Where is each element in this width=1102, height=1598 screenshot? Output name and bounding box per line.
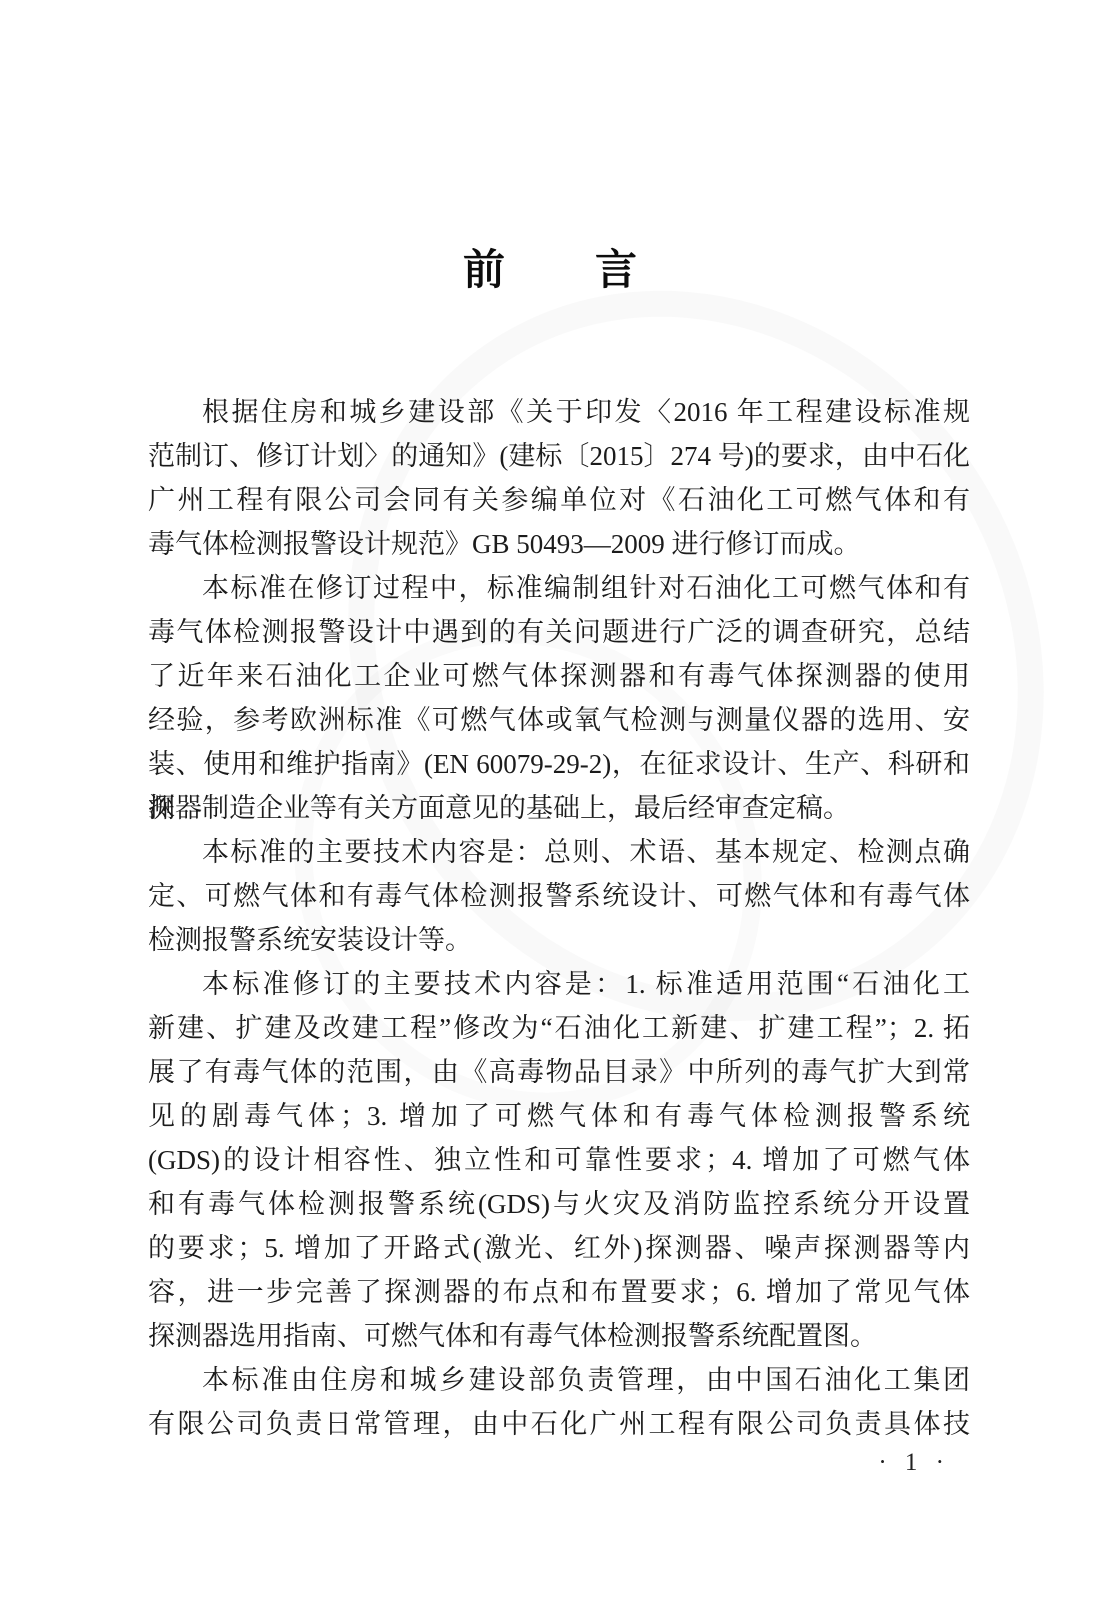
- text-line: 本标准修订的主要技术内容是：1. 标准适用范围“石油化工: [148, 962, 970, 1006]
- text-line: 有限公司负责日常管理，由中石化广州工程有限公司负责具体技: [148, 1402, 970, 1446]
- text-line: 本标准在修订过程中，标准编制组针对石油化工可燃气体和有: [148, 566, 970, 610]
- text-line: 的要求；5. 增加了开路式(激光、红外)探测器、噪声探测器等内: [148, 1226, 970, 1270]
- text-line: 毒气体检测报警设计规范》GB 50493—2009 进行修订而成。: [148, 522, 970, 566]
- text-line: 展了有毒气体的范围，由《高毒物品目录》中所列的毒气扩大到常: [148, 1050, 970, 1094]
- text-line: 新建、扩建及改建工程”修改为“石油化工新建、扩建工程”；2. 拓: [148, 1006, 970, 1050]
- text-line: 本标准由住房和城乡建设部负责管理，由中国石油化工集团: [148, 1358, 970, 1402]
- text-line: 定、可燃气体和有毒气体检测报警系统设计、可燃气体和有毒气体: [148, 874, 970, 918]
- text-line: 测器制造企业等有关方面意见的基础上，最后经审查定稿。: [148, 786, 970, 830]
- text-line: 经验，参考欧洲标准《可燃气体或氧气检测与测量仪器的选用、安: [148, 698, 970, 742]
- text-line: 探测器选用指南、可燃气体和有毒气体检测报警系统配置图。: [148, 1314, 970, 1358]
- text-line: 根据住房和城乡建设部《关于印发〈2016 年工程建设标准规: [148, 390, 970, 434]
- text-line: 容，进一步完善了探测器的布点和布置要求；6. 增加了常见气体: [148, 1270, 970, 1314]
- text-line: 范制订、修订计划〉的通知》(建标〔2015〕274 号)的要求，由中石化: [148, 434, 970, 478]
- text-line: 和有毒气体检测报警系统(GDS)与火灾及消防监控系统分开设置: [148, 1182, 970, 1226]
- text-line: 本标准的主要技术内容是：总则、术语、基本规定、检测点确: [148, 830, 970, 874]
- text-line: 毒气体检测报警设计中遇到的有关问题进行广泛的调查研究，总结: [148, 610, 970, 654]
- text-line: 广州工程有限公司会同有关参编单位对《石油化工可燃气体和有: [148, 478, 970, 522]
- body-text: 根据住房和城乡建设部《关于印发〈2016 年工程建设标准规范制订、修订计划〉的通…: [148, 390, 970, 1446]
- text-line: 检测报警系统安装设计等。: [148, 918, 970, 962]
- document-page: 前 言 根据住房和城乡建设部《关于印发〈2016 年工程建设标准规范制订、修订计…: [0, 0, 1102, 1598]
- text-line: 见的剧毒气体；3. 增加了可燃气体和有毒气体检测报警系统: [148, 1094, 970, 1138]
- page-number: · 1 ·: [878, 1446, 950, 1480]
- text-line: 装、使用和维护指南》(EN 60079-29-2)，在征求设计、生产、科研和探: [148, 742, 970, 786]
- text-line: (GDS)的设计相容性、独立性和可靠性要求；4. 增加了可燃气体: [148, 1138, 970, 1182]
- text-line: 了近年来石油化工企业可燃气体探测器和有毒气体探测器的使用: [148, 654, 970, 698]
- page-title: 前 言: [0, 242, 1102, 298]
